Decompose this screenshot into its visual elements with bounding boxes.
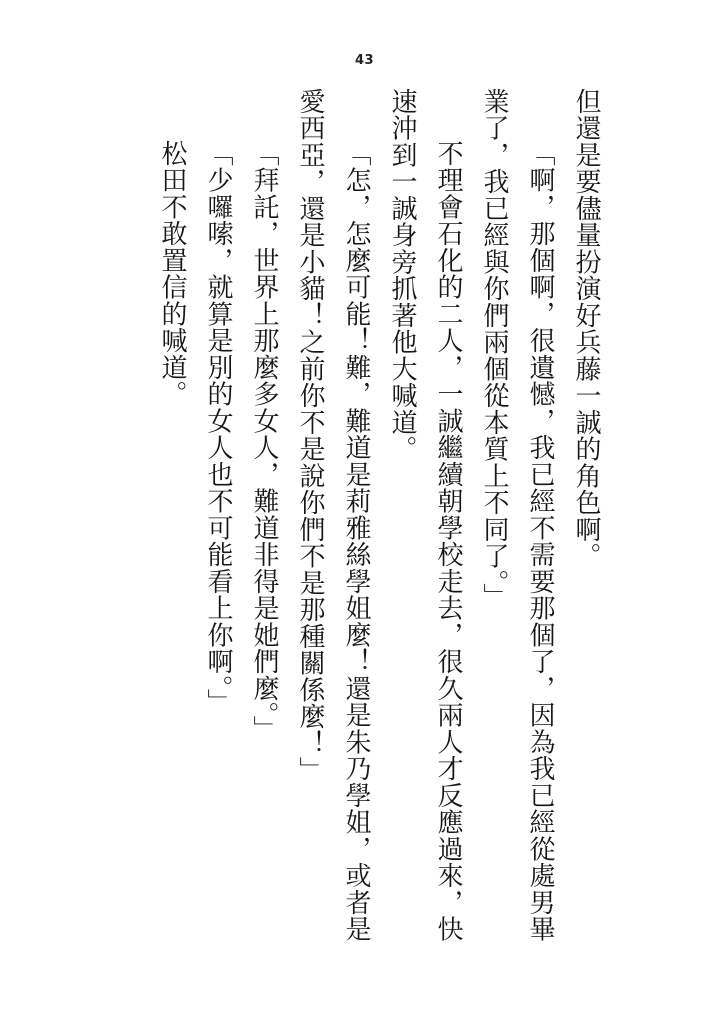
novel-paragraph: 「啊，那個啊，很遺憾，我已經不需要那個了，因為我已經從處男畢業了，我已經與你們兩… — [471, 88, 563, 944]
vertical-text-area: 但還是要儘量扮演好兵藤一誠的角色啊。 「啊，那個啊，很遺憾，我已經不需要那個了，… — [149, 88, 609, 944]
novel-paragraph: 「少囉嗦，就算是別的女人也不可能看上你啊。」 — [195, 88, 241, 944]
novel-paragraph: 但還是要儘量扮演好兵藤一誠的角色啊。 — [563, 88, 609, 944]
novel-paragraph: 「拜託，世界上那麼多女人，難道非得是她們麼。」 — [241, 88, 287, 944]
novel-paragraph: 不理會石化的二人，一誠繼續朝學校走去，很久兩人才反應過來，快速沖到一誠身旁抓著他… — [379, 88, 471, 944]
page-number: 43 — [355, 53, 374, 68]
novel-page: 43 但還是要儘量扮演好兵藤一誠的角色啊。 「啊，那個啊，很遺憾，我已經不需要那… — [0, 0, 721, 1020]
novel-paragraph: 松田不敢置信的喊道。 — [149, 88, 195, 944]
novel-paragraph: 「怎，怎麼可能！難，難道是莉雅絲學姐麼！還是朱乃學姐，或者是愛西亞，還是小貓！之… — [287, 88, 379, 944]
